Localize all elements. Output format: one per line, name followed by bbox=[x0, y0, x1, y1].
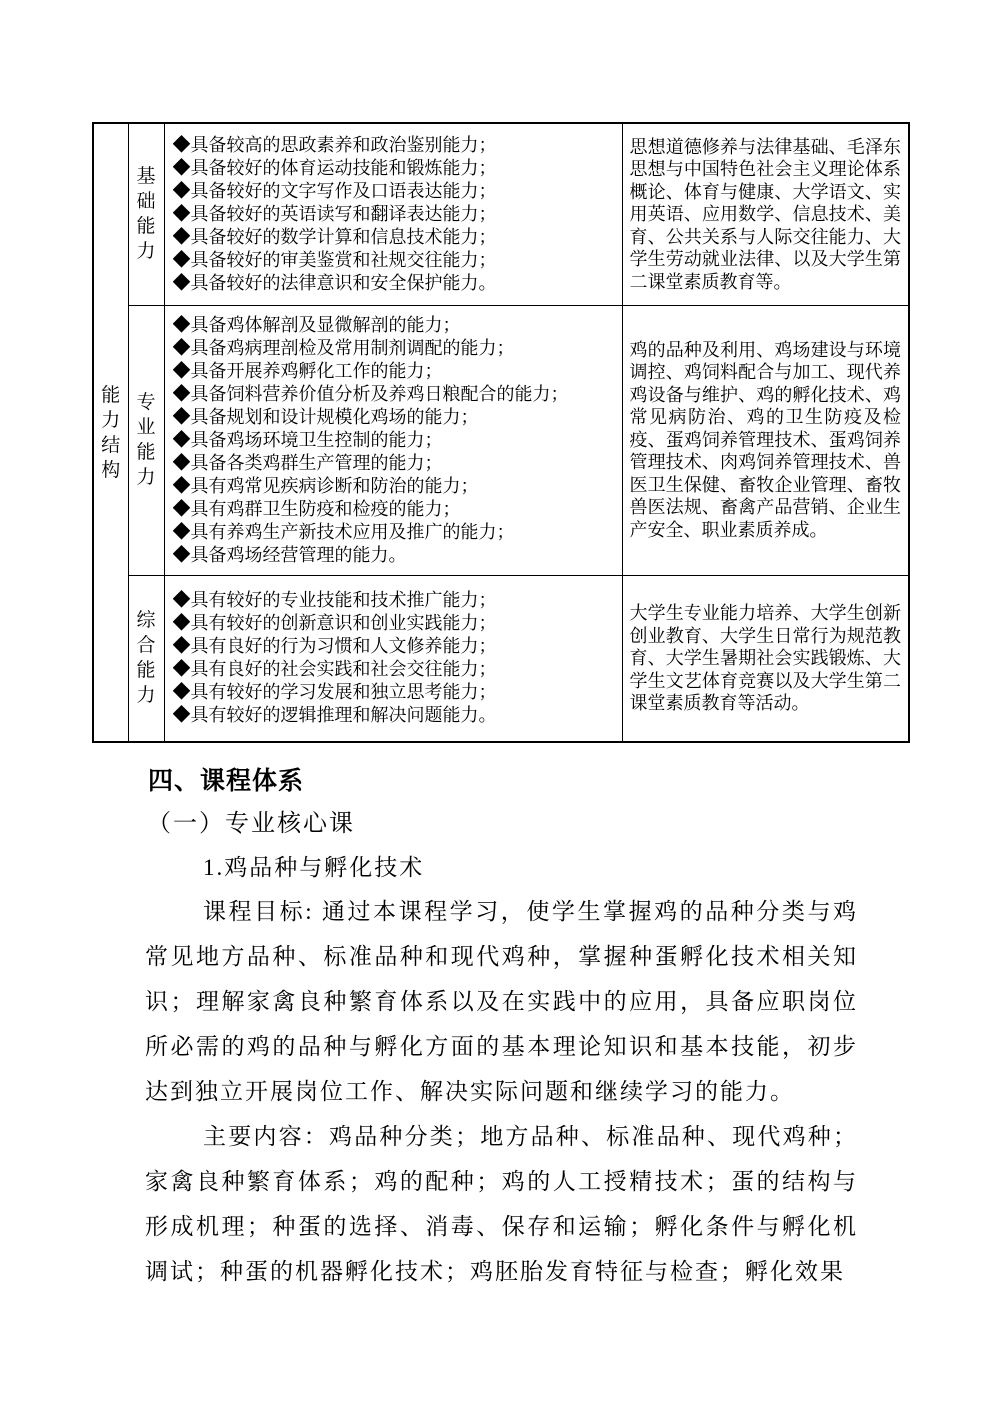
ability-item: ◆具备鸡场经营管理的能力。 bbox=[173, 544, 620, 567]
ability-item: ◆具有较好的逻辑推理和解决问题能力。 bbox=[173, 704, 620, 727]
row-label-basic-ability: 基础能力 bbox=[128, 123, 164, 305]
ability-item: ◆具有较好的创新意识和创业实践能力； bbox=[173, 612, 620, 635]
ability-item: ◆具备鸡体解剖及显微解剖的能力； bbox=[173, 314, 620, 337]
section-subheading: （一）专业核心课 bbox=[147, 803, 858, 845]
document-page: 能力结构 基础能力 ◆具备较高的思政素养和政治鉴别能力；◆具备较好的体育运动技能… bbox=[0, 0, 1000, 1414]
ability-item: ◆具备各类鸡群生产管理的能力； bbox=[173, 452, 620, 475]
course-content-paragraph: 主要内容：鸡品种分类；地方品种、标准品种、现代鸡种；家禽良种繁育体系；鸡的配种；… bbox=[145, 1114, 858, 1294]
professional-ability-list-cell: ◆具备鸡体解剖及显微解剖的能力；◆具备鸡病理剖检及常用制剂调配的能力；◆具备开展… bbox=[164, 305, 622, 575]
ability-item: ◆具有良好的行为习惯和人文修养能力； bbox=[173, 635, 620, 658]
ability-item: ◆具有较好的学习发展和独立思考能力； bbox=[173, 681, 620, 704]
course-item-title: 1.鸡品种与孵化技术 bbox=[145, 847, 858, 889]
ability-list: ◆具有较好的专业技能和技术推广能力；◆具有较好的创新意识和创业实践能力；◆具有良… bbox=[173, 589, 620, 727]
ability-list: ◆具备鸡体解剖及显微解剖的能力；◆具备鸡病理剖检及常用制剂调配的能力；◆具备开展… bbox=[173, 314, 620, 567]
ability-item: ◆具备开展养鸡孵化工作的能力； bbox=[173, 360, 620, 383]
ability-item: ◆具备规划和设计规模化鸡场的能力； bbox=[173, 406, 620, 429]
course-objectives-paragraph: 课程目标: 通过本课程学习，使学生掌握鸡的品种分类与鸡常见地方品种、标准品种和现… bbox=[145, 889, 858, 1114]
basic-courses-cell: 思想道德修养与法律基础、毛泽东思想与中国特色社会主义理论体系概论、体育与健康、大… bbox=[622, 123, 909, 305]
ability-item: ◆具备较好的数学计算和信息技术能力； bbox=[173, 226, 620, 249]
ability-item: ◆具备鸡病理剖检及常用制剂调配的能力； bbox=[173, 337, 620, 360]
table-row-professional-ability: 专业能力 ◆具备鸡体解剖及显微解剖的能力；◆具备鸡病理剖检及常用制剂调配的能力；… bbox=[93, 305, 909, 575]
row-label-comprehensive-ability: 综合能力 bbox=[128, 575, 164, 742]
ability-item: ◆具备较高的思政素养和政治鉴别能力； bbox=[173, 134, 620, 157]
ability-structure-label: 能力结构 bbox=[101, 383, 120, 483]
comprehensive-ability-list-cell: ◆具有较好的专业技能和技术推广能力；◆具有较好的创新意识和创业实践能力；◆具有良… bbox=[164, 575, 622, 742]
ability-item: ◆具备较好的英语读写和翻译表达能力； bbox=[173, 203, 620, 226]
course-list-text: 大学生专业能力培养、大学生创新创业教育、大学生日常行为规范教育、大学生暑期社会实… bbox=[630, 602, 902, 715]
professional-courses-cell: 鸡的品种及利用、鸡场建设与环境调控、鸡饲料配合与加工、现代养鸡设备与维护、鸡的孵… bbox=[622, 305, 909, 575]
ability-item: ◆具有较好的专业技能和技术推广能力； bbox=[173, 589, 620, 612]
table-group-header-cell: 能力结构 bbox=[93, 123, 128, 742]
ability-list: ◆具备较高的思政素养和政治鉴别能力；◆具备较好的体育运动技能和锻炼能力；◆具备较… bbox=[173, 134, 620, 295]
course-system-section: 四、课程体系 （一）专业核心课 1.鸡品种与孵化技术 课程目标: 通过本课程学习… bbox=[145, 745, 858, 1294]
ability-item: ◆具有养鸡生产新技术应用及推广的能力； bbox=[173, 521, 620, 544]
row-label-text: 综合能力 bbox=[136, 608, 155, 708]
ability-item: ◆具备较好的文字写作及口语表达能力； bbox=[173, 180, 620, 203]
ability-item: ◆具备鸡场环境卫生控制的能力； bbox=[173, 429, 620, 452]
course-list-text: 思想道德修养与法律基础、毛泽东思想与中国特色社会主义理论体系概论、体育与健康、大… bbox=[630, 136, 902, 294]
ability-item: ◆具备饲料营养价值分析及养鸡日粮配合的能力； bbox=[173, 383, 620, 406]
course-list-text: 鸡的品种及利用、鸡场建设与环境调控、鸡饲料配合与加工、现代养鸡设备与维护、鸡的孵… bbox=[630, 339, 902, 542]
ability-structure-table: 能力结构 基础能力 ◆具备较高的思政素养和政治鉴别能力；◆具备较好的体育运动技能… bbox=[92, 122, 910, 743]
row-label-text: 基础能力 bbox=[136, 164, 155, 264]
ability-item: ◆具备较好的体育运动技能和锻炼能力； bbox=[173, 157, 620, 180]
ability-item: ◆具有鸡常见疾病诊断和防治的能力； bbox=[173, 475, 620, 498]
comprehensive-courses-cell: 大学生专业能力培养、大学生创新创业教育、大学生日常行为规范教育、大学生暑期社会实… bbox=[622, 575, 909, 742]
ability-item: ◆具有良好的社会实践和社会交往能力； bbox=[173, 658, 620, 681]
table-row-basic-ability: 能力结构 基础能力 ◆具备较高的思政素养和政治鉴别能力；◆具备较好的体育运动技能… bbox=[93, 123, 909, 305]
basic-ability-list-cell: ◆具备较高的思政素养和政治鉴别能力；◆具备较好的体育运动技能和锻炼能力；◆具备较… bbox=[164, 123, 622, 305]
ability-item: ◆具备较好的审美鉴赏和社规交往能力； bbox=[173, 249, 620, 272]
row-label-professional-ability: 专业能力 bbox=[128, 305, 164, 575]
ability-item: ◆具有鸡群卫生防疫和检疫的能力； bbox=[173, 498, 620, 521]
row-label-text: 专业能力 bbox=[136, 390, 155, 490]
ability-item: ◆具备较好的法律意识和安全保护能力。 bbox=[173, 272, 620, 295]
table-row-comprehensive-ability: 综合能力 ◆具有较好的专业技能和技术推广能力；◆具有较好的创新意识和创业实践能力… bbox=[93, 575, 909, 742]
section-heading: 四、课程体系 bbox=[148, 761, 858, 801]
